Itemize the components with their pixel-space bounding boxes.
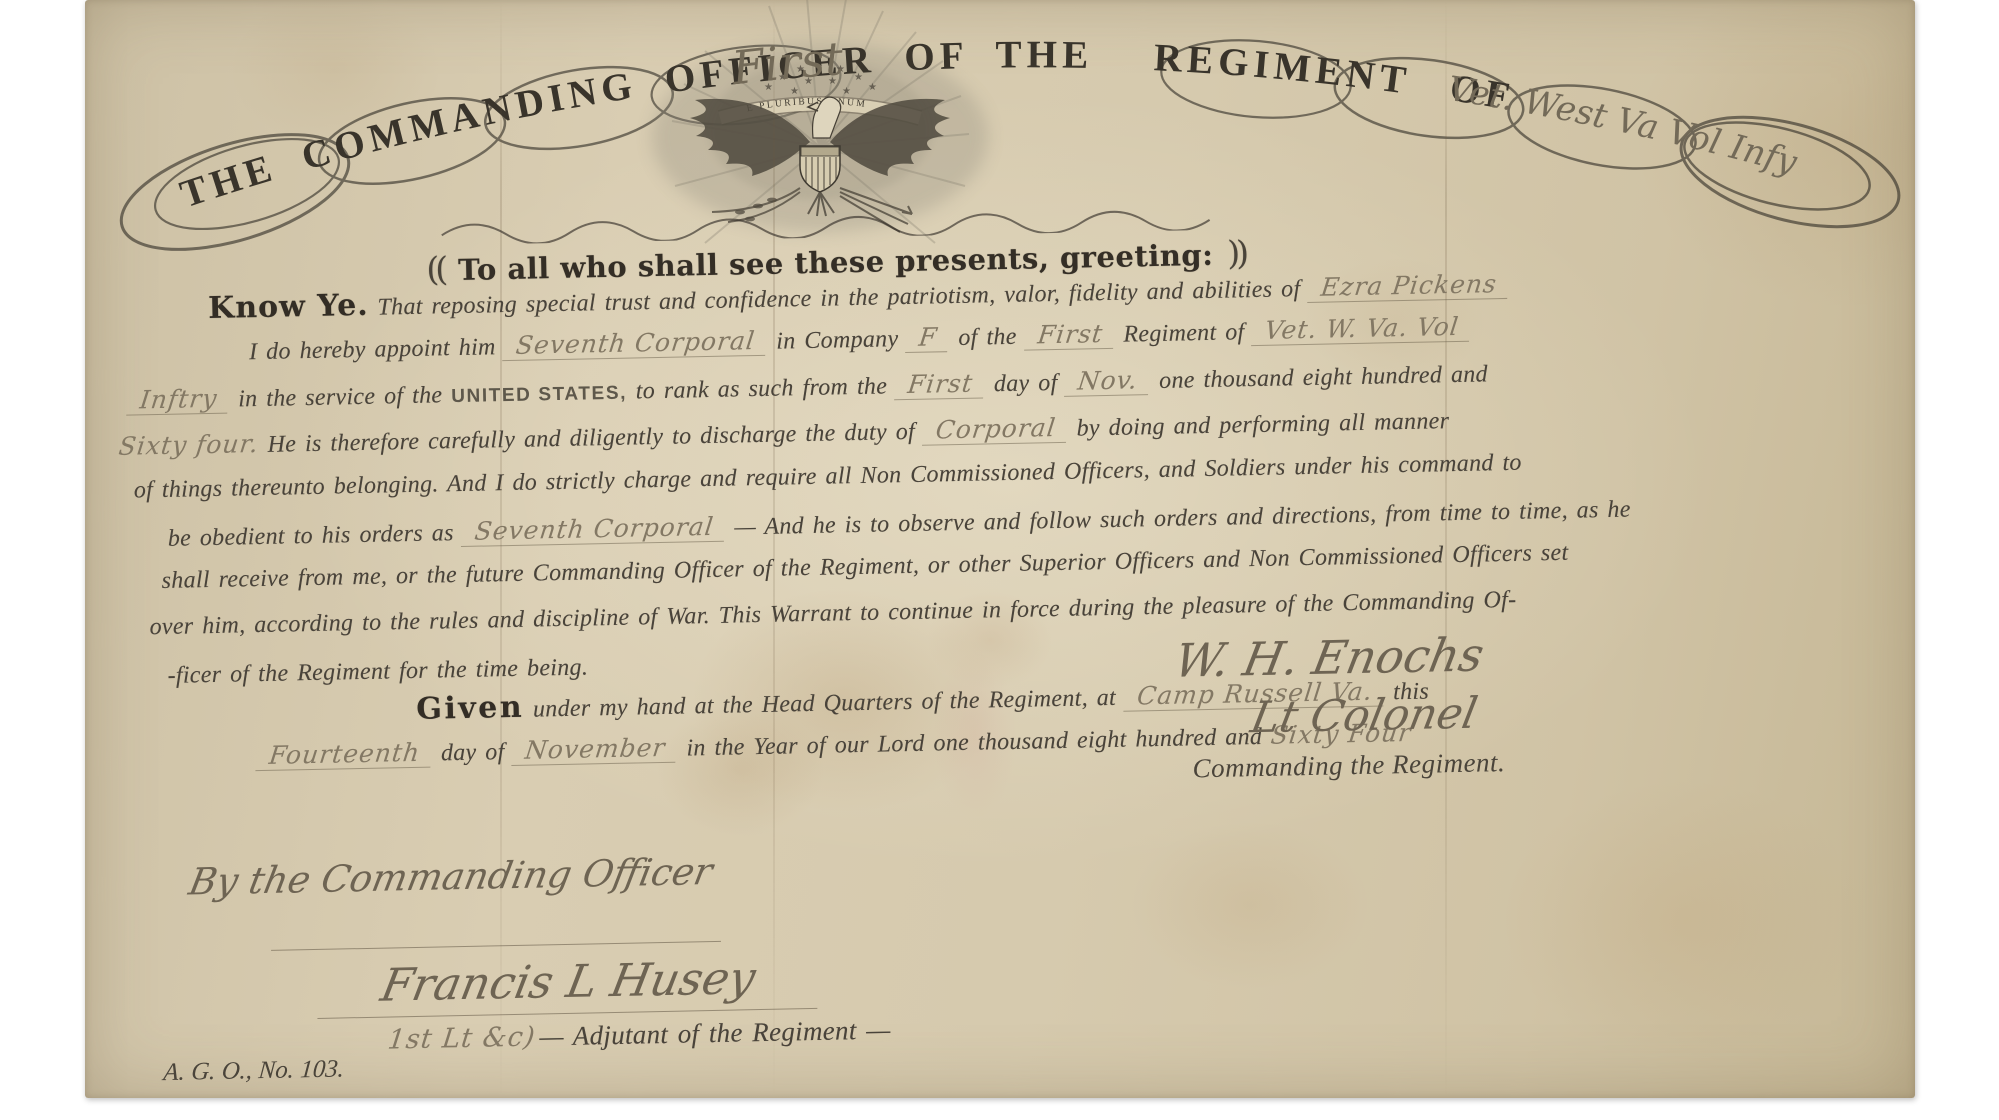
- printed-text: to rank as such from the: [627, 373, 897, 404]
- printed-text: UNITED STATES,: [451, 383, 627, 408]
- printed-text: day of: [985, 370, 1067, 398]
- printed-text: in the service of the: [229, 382, 451, 412]
- greeting-close-flourish: )): [1227, 233, 1246, 272]
- commander-signature: W. H. Enochs: [1170, 627, 1488, 687]
- printed-text: day of: [432, 739, 514, 767]
- adjutant-signature: Francis L Husey: [377, 951, 760, 1012]
- handwritten-text: Fourteenth: [255, 738, 434, 772]
- handwritten-text: Corporal: [922, 413, 1070, 446]
- printed-text: in the Year of our Lord one thousand eig…: [677, 724, 1271, 762]
- printed-text: in Company: [767, 326, 907, 355]
- printed-text: Given: [416, 690, 525, 727]
- printed-text: He is therefore carefully and diligently…: [259, 419, 924, 458]
- handwritten-text: First: [894, 368, 987, 400]
- footer-order-number: A. G. O., No. 103.: [162, 1055, 345, 1087]
- handwritten-text: F: [905, 322, 951, 353]
- adjutant-rank-handwritten: 1st Lt &c): [386, 1022, 537, 1056]
- commander-rank: Lt Colonel: [1247, 689, 1481, 744]
- printed-text: by doing and performing all manner: [1068, 408, 1450, 442]
- commander-title: Commanding the Regiment.: [1192, 747, 1505, 784]
- handwritten-text: Nov.: [1065, 365, 1153, 397]
- greeting-open-flourish: ((: [426, 249, 445, 288]
- printed-text: under my hand at the Head Quarters of th…: [524, 685, 1125, 723]
- adjutant-title-row: 1st Lt &c) — Adjutant of the Regiment —: [388, 1014, 891, 1055]
- printed-text: Know Ye.: [208, 288, 369, 326]
- printed-text: I do hereby appoint him: [249, 334, 505, 365]
- handwritten-text: Seventh Corporal: [461, 512, 728, 547]
- scanned-document-page: ★★★ ★★★ ★★★ ★★ E PLURIBUS UNUM: [0, 0, 1999, 1120]
- handwritten-text: Sixty four.: [117, 429, 260, 461]
- printed-text: Regiment of: [1114, 319, 1253, 348]
- handwritten-text: November: [512, 733, 680, 766]
- handwritten-text: Inftry: [126, 384, 231, 416]
- adjutant-title-printed: — Adjutant of the Regiment —: [539, 1014, 891, 1051]
- handwritten-text: Seventh Corporal: [503, 326, 770, 361]
- printed-text: -ficer of the Regiment for the time bein…: [167, 654, 588, 688]
- printed-text: of the: [949, 324, 1025, 352]
- printed-text: be obedient to his orders as: [168, 520, 463, 552]
- printed-text: one thousand eight hundred and: [1150, 361, 1488, 394]
- signature-rule: [271, 941, 721, 951]
- document-content: ((To all who shall see these presents, g…: [102, 0, 1899, 1098]
- handwritten-text: Vet. W. Va. Vol: [1251, 312, 1473, 346]
- document-photo: ★★★ ★★★ ★★★ ★★ E PLURIBUS UNUM: [85, 0, 1915, 1098]
- handwritten-text: First: [1024, 319, 1117, 351]
- handwritten-text: Ezra Pickens: [1307, 269, 1510, 303]
- by-commanding-officer-line: By the Commanding Officer: [186, 850, 717, 904]
